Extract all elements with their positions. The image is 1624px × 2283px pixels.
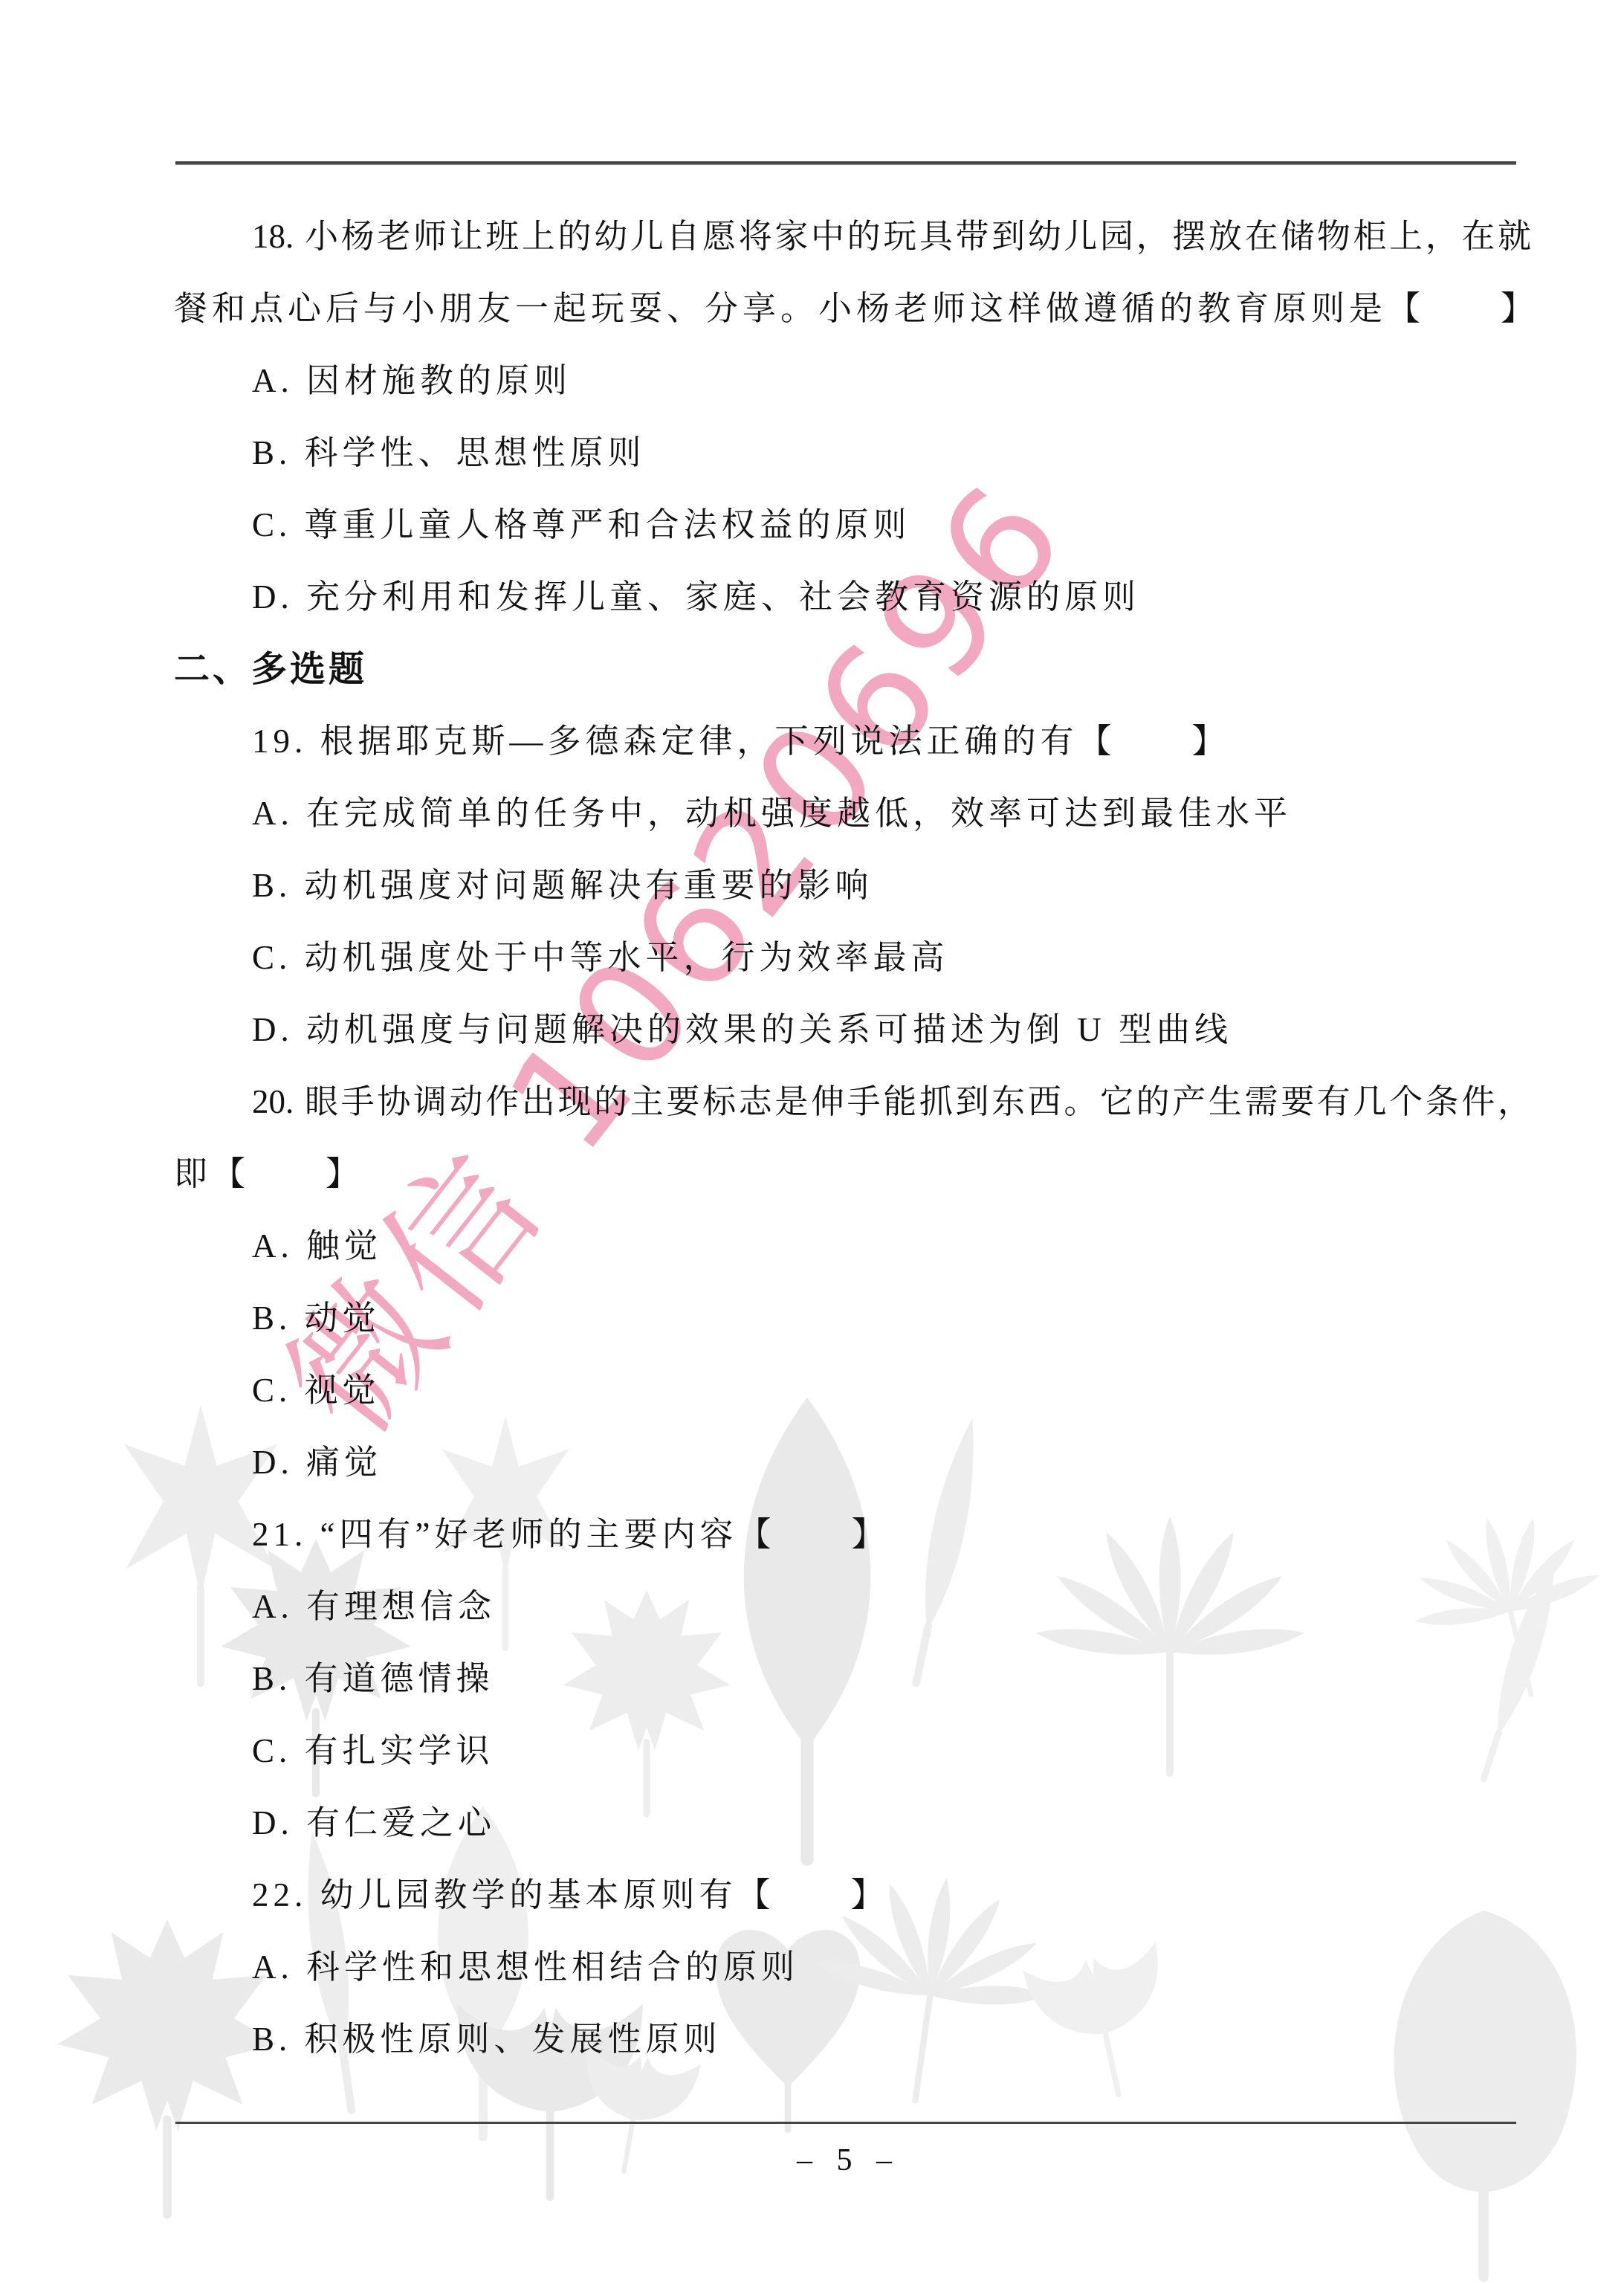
- question-22-option-b: B. 积极性原则、发展性原则: [174, 2003, 1531, 2076]
- question-22-option-a: A. 科学性和思想性相结合的原则: [174, 1931, 1531, 2003]
- question-20-option-b: B. 动觉: [174, 1282, 1531, 1354]
- question-20-line-1: 20. 眼手协调动作出现的主要标志是伸手能抓到东西。它的产生需要有几个条件，: [174, 1066, 1531, 1138]
- question-21-line-1: 21. “四有”好老师的主要内容【 】: [174, 1499, 1531, 1571]
- question-20-line-2: 即【 】: [174, 1138, 1531, 1210]
- page-number: – 5 –: [175, 2125, 1516, 2197]
- exam-content: 18. 小杨老师让班上的幼儿自愿将家中的玩具带到幼儿园，摆放在储物柜上，在就 餐…: [174, 201, 1531, 2076]
- question-19-option-b: B. 动机强度对问题解决有重要的影响: [174, 850, 1531, 922]
- question-18-option-a: A. 因材施教的原则: [174, 345, 1531, 417]
- question-21-option-a: A. 有理想信念: [174, 1571, 1531, 1643]
- question-18-line-2: 餐和点心后与小朋友一起玩耍、分享。小杨老师这样做遵循的教育原则是【 】: [174, 273, 1531, 345]
- question-20-option-c: C. 视觉: [174, 1354, 1531, 1427]
- question-19-line-1: 19. 根据耶克斯—多德森定律，下列说法正确的有【 】: [174, 705, 1531, 778]
- exam-page: 微信 10620696 18. 小杨老师让班上的幼儿自愿将家中的玩具带到幼儿园，…: [0, 0, 1624, 2283]
- question-21-option-b: B. 有道德情操: [174, 1643, 1531, 1715]
- question-20-option-d: D. 痛觉: [174, 1427, 1531, 1499]
- header-rule: [175, 161, 1516, 165]
- question-21-option-d: D. 有仁爱之心: [174, 1787, 1531, 1859]
- question-18-option-d: D. 充分利用和发挥儿童、家庭、社会教育资源的原则: [174, 561, 1531, 633]
- question-22-line-1: 22. 幼儿园教学的基本原则有【 】: [174, 1859, 1531, 1931]
- question-18-option-c: C. 尊重儿童人格尊严和合法权益的原则: [174, 489, 1531, 561]
- section-heading-multiple-choice: 二、多选题: [174, 633, 1531, 705]
- question-18-line-1: 18. 小杨老师让班上的幼儿自愿将家中的玩具带到幼儿园，摆放在储物柜上，在就: [174, 201, 1531, 273]
- footer-rule: [175, 2122, 1516, 2124]
- question-18-option-b: B. 科学性、思想性原则: [174, 417, 1531, 489]
- question-20-option-a: A. 触觉: [174, 1210, 1531, 1282]
- question-19-option-a: A. 在完成简单的任务中，动机强度越低，效率可达到最佳水平: [174, 778, 1531, 850]
- question-21-option-c: C. 有扎实学识: [174, 1715, 1531, 1787]
- question-19-option-c: C. 动机强度处于中等水平，行为效率最高: [174, 922, 1531, 994]
- question-19-option-d: D. 动机强度与问题解决的效果的关系可描述为倒 U 型曲线: [174, 994, 1531, 1066]
